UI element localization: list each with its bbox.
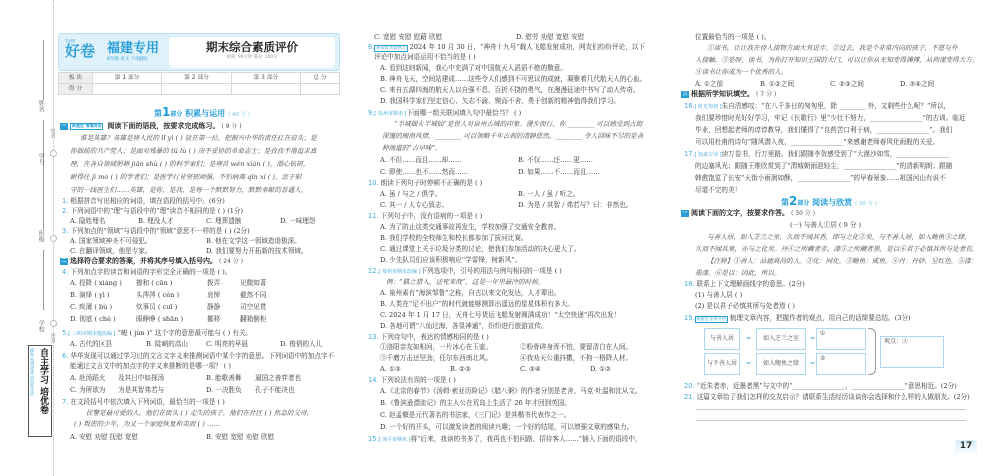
binding-margin: 姓名 学号 班级 学校 密封 密封 自主学习 培优卷 跟踪·检测·提高·阶段性评… [0,0,58,476]
question-text: 根据拼音写出相应的词语，填在语段的括号中。(6分) [70,197,224,205]
score-table-header-row: 板 块 第 1 部分 第 2 部分 第 3 部分 总 分 [59,73,340,84]
series-title: 自主学习 培优卷 [35,348,49,434]
source-tag: [ 泉州市期末改编 ] [379,269,421,275]
part1-title: 第1部分 积累与运用 ( 40 分 ) [62,103,342,122]
option-a-word3: 拨弄 [207,278,220,288]
question-text-cont: 能通过文言文中的加点字的字义来推断的是哪一项？ ( ) [70,361,231,371]
option-b-word3: 哀悼 [207,290,220,300]
score-cell: 板 块 [59,73,93,84]
question-number: 14. [368,376,379,384]
option-c: C. 在翻译领域，他是专家。 [70,246,152,256]
option-a: A. 泉州素有“海滨邹鲁”之称，自古以来文化发达，人才辈出。 [380,288,561,298]
exam-title-card: 期末综合素质评价 时间: 90分钟 满分: 100分 [169,37,335,68]
question-number: 11. [368,212,379,220]
option-a: A. 为了防止这类交通事故再发生，学校加强了交通安全教育。 [380,222,560,232]
passage-line: 谁是英雄？英雄是将人民的 lǐ yì ( ) 放在第一位，把振兴中华的责任扛在肩… [80,133,317,143]
equals-icon: = [746,359,751,368]
question-number: 15. [368,435,379,443]
question-number: 20. [684,382,695,390]
option-b: B. 埋没人才 [138,216,173,226]
option-d: D. 慰劳 劝慰 宽慰 安慰 [516,32,584,42]
option-b: B.《鲁滨逊漂流记》的主人公在荒岛上生活了 26 年才回到英国。 [380,398,571,408]
option-c: C. 2024 年 1 月 17 日，天舟七号货运飞船发射圆满成功！“太空快递”… [380,310,620,320]
question-number: 19. [684,314,695,322]
question-2: 2. 下列词语中的“理”与语段中的“理”读音不相同的是 ( ) (1分) [62,206,243,216]
answer-box-1[interactable]: ① [816,328,866,350]
example-sentence: 例：“猫之猎入，送死来哉”，这是一年里最冷的时候。 [386,277,544,287]
equals-icon: = [810,334,815,343]
equals-icon: = [746,334,751,343]
section4-heading: 一 阅读下面的文字，按要求作答。 ( 30 分 ) [681,208,815,219]
question-text: 下列选项中，引号的用法与例句相同的一项是 ( ) [421,267,562,275]
question-text: 在文段括号中依次填入下列词语，最恰当的一项是 ( ) [70,398,224,406]
part-suffix: 部分 [797,200,809,207]
question-16: 16.[ 时光匆匆 ]朱自清感叹：“在八千多日的匆匆里，除 ________ 外… [684,101,950,112]
option-a-word2: 掺和 ( cān ) [136,278,173,288]
question-text: 朗读下列句子时停顿不正确的是 ( ) [381,179,483,187]
poem-line: ③千磨万击还坚劲，任尔东西南北风。 [380,353,492,363]
cut-mark: 密封 [48,128,56,138]
question-17: 17.[ 知来古诗 ]读万卷书，行万里路。我们跟随李贺感受到了“大漠沙如雪，__… [684,149,949,160]
option-d-word3: 挪移 [207,314,220,324]
passage-line: 民警是最可爱的人，他们在街头 ( ) 走失的孩子，他们在社区 ( ) 焦急的父母… [86,408,313,418]
question-text: 读万卷书，行万里路。我们跟随李贺感受到了“大漠沙如雪，_____________… [722,150,950,158]
option-d: D. 少先队员们应该积极响应“学雷锋，树新风”。 [380,255,521,265]
section-points: ( 7 分 ) [756,90,776,99]
score-input-cell[interactable] [162,84,231,95]
score-input-cell[interactable] [93,84,162,95]
option-b: B. ②③ [450,364,471,374]
question-13: 13. 下列诗句中，表达的情感相同的是 ( ) [368,332,489,342]
option-c: C. 宽慰 安慰 慰藉 欣慰 [374,32,442,42]
question-4: 4. 下列加点字的读音和词语的字形完全正确的一项是 ( )。 [62,267,231,277]
option-d: D. 我们要努力开拓新的技术领域。 [206,246,308,256]
sub-question: (1) 与善人居 ( ) [695,290,742,300]
question-number: 1. [62,197,68,205]
question-number: 6. [62,352,68,360]
question-20: 20. “近朱者赤，近墨者黑”与文中的“________________，___… [684,381,957,391]
series-brand-tag: 自主学习 培优卷 跟踪·检测·提高·阶段性评价 [28,345,52,437]
question-3: 3. 下列加点的“领域”与语段中的“领域”意思不一样的是 ( ) (2分) [62,226,250,236]
source-tag: [ 时光匆匆 ] [695,104,722,110]
part-name: 积累与运用 [185,109,225,118]
option-a-word: A. 赴汤蹈火 [70,373,105,383]
question-text: 下列说法有误的一项是 ( ) [381,376,456,384]
section-title: 根据所学知识填空。 [691,89,754,100]
question-number: 16. [684,102,695,110]
passage-line: 与善人居，如入芝兰之室，久而不闻其香，即与之化②矣。与不善人居，如入鲍鱼③之肆， [707,232,971,242]
question-number: 4. [62,268,68,276]
part-name: 阅读与欣赏 [812,198,852,207]
option-b: B. 不仅……还……更…… [518,155,593,165]
option-c: C. ②③之间 [830,79,864,89]
section-points: ( 9 分 ) [221,122,241,131]
sub-question: (2) 是以君子必慎其所与处者焉 ( ) [695,301,795,311]
question-number: 17. [684,150,695,158]
exam-title: 期末综合素质评价 [169,41,335,55]
section1-heading: 一 新题型 情境阅读 阅读下面的语段，按要求完成练习。 ( 9 分 ) [60,121,242,132]
mindmap-node: 与善人居 [704,328,740,350]
option-b: B. 人类在“足不出户”的时代就能够测算出遥远的星星体积有多大。 [380,299,574,309]
option-a-word1: A. 投降 ( xiáng ) [70,278,122,288]
option-c: C. ③④ [520,364,541,374]
section-number-icon: 一 [681,210,689,217]
option-a-source: 及其日中如探汤 [118,373,164,383]
question-5: 5.[ 三明市期末题改编 ] “峻 ( jùn )” 这个字的意思最可能与 ( … [62,328,252,339]
question-text: 下列句子中，没有语病的一项是 ( ) [381,212,483,220]
answer-box-2[interactable]: ② [816,353,866,375]
section-number-icon: 三 [681,91,689,98]
binding-hole-icon [50,150,57,157]
poem-line: ①洛阳亲友如相问，一片冰心在玉壶。 [380,342,492,352]
option-a: A. 不但……而且……却…… [380,155,462,165]
question-text: 这篇文章给了我们怎样的交友启示？请联系生活经历谈谈你会选择和什么样的人做朋友。(… [697,393,970,401]
passage-line: ④读书让你成为一个优秀的人。 [695,67,787,77]
section-number-icon: 一 [60,123,68,130]
option-b-word4: 截然不同 [240,290,266,300]
option-a: A. ①之前 [695,79,723,89]
option-b: B. 神舟飞天，空间站建成……这些令人们感到不可思议的成就，凝聚着几代航天人的心… [380,74,646,84]
part-points: ( 30 分 ) [855,201,877,207]
equals-icon: = [810,359,815,368]
option-b-word1: B. 演绎 ( yì ) [70,290,110,300]
option-c: C. 埋葬遗骸 [206,216,241,226]
question-10: 10. 朗读下列句子时停顿不正确的是 ( ) [368,178,482,188]
option-d-source: 孔子不能决也 [255,385,295,395]
option-b: B. 一人 / 虽 / 听之。 [518,189,579,199]
question-1: 1. 根据拼音写出相应的词语，填在语段的括号中。(6分) [62,196,225,206]
passage-line: 久而不闻其臭，亦与之化矣。丹④之所藏者赤，漆⑤之所藏者黑，是以⑥君子必慎其所与处… [695,244,979,254]
section3-heading: 三 根据所学知识填空。 ( 7 分 ) [681,89,776,100]
option-a: A. 安慰 劝慰 抚慰 宽慰 [70,432,138,442]
class-underline [43,180,44,230]
option-b: B. 我们学校的全校师生和校长都参加了拔河比赛。 [380,233,528,243]
question-6: 6. 华华发现可以通过学习过的文言文字义来推测词语中某个字的意思。下列词语中的加… [62,351,334,361]
margin-label-id: 学号 [36,153,45,165]
question-text: 下列加点的“领域”与语段中的“领域”意思不一样的是 ( ) (2分) [70,227,249,235]
poem-line: ②粉骨碎身浑不怕，要留清白在人间。 [520,342,632,352]
question-text: 下列加点字的读音和词语的字形完全正确的一项是 ( )。 [70,268,231,276]
option-d-word: D. 一决胜负 [206,385,242,395]
question-number: 10. [368,179,379,187]
passage-line: “半城烟火半城仙”是世人对泉州古城的印象。漫步而行，你 ________ 可以感… [394,119,642,129]
option-c: C. 通过课堂上关于垃圾分类的讨论，使我们参加活动的决心更大了。 [380,244,580,254]
question-12: 12.[ 泉州市期末改编 ]下列选项中，引号的用法与例句相同的一项是 ( ) [368,266,562,277]
mindmap-node: 与不善人居 [704,353,740,375]
option-a: A. 隐姓埋名 [70,216,105,226]
id-underline [43,120,44,180]
section-title: 阅读下面的文字，按要求作答。 [691,208,789,219]
passage-line: 守的一线医生们……英雄，是你，是我，是每一个默默努力，默默奉献的普通人。 [70,185,307,195]
passage-line: 人接触。③是呀，读书，为你打开知识王国的大门，可以让你从无知变得渊博，从拘谨变得… [695,55,979,65]
option-c: C. 赵孟頫是元代著名的书法家，《三门记》是其楷书代表作之一。 [380,410,570,420]
question-type-tag: 新题型 思维导图 [695,316,728,323]
question-text: “近朱者赤，近墨者黑”与文中的“________________，_______… [697,382,957,390]
question-number: 12. [368,267,379,275]
question-text: 梳理文章内容，把握作者的观点，用自己的话简要总结。(3分) [730,314,911,322]
question-19: 19.新题型 思维导图梳理文章内容，把握作者的观点，用自己的话简要总结。(3分) [684,313,911,323]
question-9: 9.[ 泉州市期末 ]下面哪一组关联词填入句中最恰当？ ( ) [368,108,521,119]
option-c: C. 明亮的早晨 [206,339,248,349]
option-a: A. 国家领域神圣不可侵犯。 [70,236,152,246]
passage-line: 理，在各自领域躬耕 jiān shù ( ) 的科学家们；是埋首 wén xià… [70,159,309,169]
mindmap-node: 如入芝兰之室 [756,328,806,350]
question-11: 11. 下列句子中，没有语病的一项是 ( ) [368,211,482,221]
margin-label-school: 学校 [36,320,45,332]
margin-label-class: 班级 [36,230,45,242]
reading-title: (一) 与善人①居 ( 9 分 ) [790,220,861,230]
option-d-word1: D. 彻底 ( chè ) [70,314,116,324]
section-number-icon: 二 [60,258,68,265]
question-text: 联系上下文理解画线字的意思。(2分) [697,280,805,288]
question-text: “峻 ( jùn )” 这个字的意思最可能与 ( ) 有关。 [118,329,253,337]
passage-line: 耐得住 jì mò ( ) 的学者们；是医学行业坚韧顽强，不怕病毒 qīn xí… [70,172,301,182]
option-c-source: 为是其智弗若与 [118,385,164,395]
brand-subtitle: 6年级 语文 下(RJ版) [107,57,148,64]
option-b-source: 逼国之善弈者也 [255,373,301,383]
option-c-word2: 炊事员 ( cuī ) [136,302,177,312]
option-b: B. 他在文学这一领域造诣极深。 [206,236,301,246]
mindmap-node: 如入鲍鱼之肆 [756,353,806,375]
question-8: 8.新情境 时政热点2024 年 10 月 30 日，“神舟十九号”载人飞船发射… [368,42,645,52]
part-points: ( 40 分 ) [228,112,250,118]
question-number: 13. [368,333,379,341]
fill-blank-line: 可以用杜甫的诗句“随风潜入夜，________________”来感谢老师春风化… [695,137,939,147]
source-tag: [ 三明市期末题改编 ] [68,331,115,337]
option-a: A. ①③ [380,364,401,374]
option-d-word2: 眼睁睁 ( shān ) [136,314,183,324]
question-text-cont: 评论中加点词语运用不恰当的是 ( ) [374,52,476,62]
score-cell: 第 3 部分 [231,73,300,84]
section-points: ( 24 分 ) [219,257,243,266]
source-tag: [ 知来古诗 ] [695,152,722,158]
option-b: B. 陡峭的高山 [146,339,188,349]
source-tag: [ 泉州市期末 ] [374,111,406,117]
logo-big-text: 好卷 [65,44,101,59]
publisher-logo: 学而思 好卷 [65,39,101,65]
option-c-word4: 司空见贯 [240,302,266,312]
question-text: 下列词语中的“理”与语段中的“理”读音不相同的是 ( ) (1分) [70,207,243,215]
option-b-word2: 头涔涔 ( cén ) [136,290,179,300]
notes-line: 墨漆。⑥是以：因此，所以。 [695,268,781,278]
option-d: D. 一味埋怨 [280,216,316,226]
question-text: 下面哪一组关联词填入句中最恰当？ ( ) [406,109,521,117]
option-d: D. 我国科学家们坚定信心、矢志不渝、锲而不舍、勇于创新的精神值得我们学习。 [380,96,620,106]
question-7: 7. 在文段括号中依次填入下列词语，最恰当的一项是 ( ) [62,397,225,407]
question-text: 2024 年 10 月 30 日，“神舟十九号”载人飞船发射成功，网友们纷纷评论… [410,43,645,51]
score-table-score-row: 得 分 [59,84,340,95]
option-c: C. 其一 / 人专心致志。 [380,200,448,210]
question-text: 华华发现可以通过学习过的文言文字义来推测词语中某个字的意思。下列词语中的加点字不 [70,352,334,360]
option-d-word4: 翻箱倒柜 [240,314,266,324]
score-table: 板 块 第 1 部分 第 2 部分 第 3 部分 总 分 得 分 [58,72,340,95]
option-c-word1: C. 疾薄 ( bù ) [70,302,112,312]
score-input-cell[interactable] [301,84,340,95]
question-15: 15.[ 漳平市期末 ]将“后来，我读的书多了，我再也不怕问路、招待客人……”插… [368,434,642,445]
binding-hole-icon [50,320,57,327]
fill-blank-line: 我们要珍惜时光好好学习，牢记《长歌行》里“少壮不努力，_____________… [695,113,966,123]
part-suffix: 部分 [170,111,182,118]
fill-blank-line: 的边塞风光；跟随王维欣赏到了“渭城朝雨浥轻尘，________________”… [695,161,952,171]
option-c-word3: 静静 [207,302,220,312]
question-text: 朱自清感叹：“在八千多日的匆匆里，除 ________ 外，又剩些什么呢？”所以… [722,102,951,110]
score-cell: 第 1 部分 [93,73,162,84]
binding-hole-icon [50,235,57,242]
score-cell: 总 分 [301,73,340,84]
option-b: B. 安慰 宽慰 劝慰 欣慰 [206,432,274,442]
section-title: 阅读下面的语段，按要求完成练习。 [107,121,219,132]
question-number: 18. [684,280,695,288]
option-a: A. 虽 / 与之 / 俱学。 [380,189,441,199]
option-d: D. ①② [590,364,611,374]
option-b-word: B. 能歌善舞 [206,373,241,383]
part-prefix: 第 [781,198,789,207]
question-number: 7. [62,398,68,406]
option-c: C. 来自五湖四海的航天人以自强不息、百折不挠的勇气，在漫漫征途中书写了动人传奇… [380,85,640,95]
option-a-word4: 见微知著 [240,278,266,288]
passage-line: 深邃的闽南风情，________ 可以领略千年古刹的清静悠然，________ … [382,131,643,141]
question-21: 21. 这篇文章给了我们怎样的交友启示？请联系生活经历谈谈你会选择和什么样的人做… [684,392,970,402]
section-title: 选择符合要求的答案，并将其序号填入括号内。 [70,256,217,267]
passage-line: ①读书，让让我在待人接物方面大有进步。②过去，我是个非常内向的孩子，不愿与外 [707,43,958,53]
answer-line[interactable] [696,409,966,410]
name-underline [43,40,44,100]
exam-header: 学而思 好卷 福建专用 6年级 语文 下(RJ版) 期末综合素质评价 时间: 9… [58,33,340,71]
answer-line[interactable] [696,420,966,421]
school-underline [43,250,44,310]
passage-line: 你拙摇的共产党人；是面对残暴的 tǔ lù ( ) 决不妥协的革命志士；是孜孜不… [70,146,316,156]
question-14: 14. 下列说法有误的一项是 ( ) [368,375,456,385]
question-number: 21. [684,393,695,401]
option-c-word: C. 为所欲为 [70,385,105,395]
option-b: B. ①②之间 [760,79,794,89]
passage-line: ( ) 叛逆的少年，为又一个家庭恢复和美而 ( ) …… [74,419,220,429]
margin-label-name: 姓名 [36,100,45,112]
page-number: 17 [955,440,977,456]
section-points: ( 30 分 ) [791,209,815,218]
poem-line: ④我劝天公重抖擞，不拘一格降人材。 [520,353,632,363]
option-d: D. 一个好的开头，可以激发读者的阅读兴趣；一个好的结尾，可以增强文章的感染力。 [380,422,633,432]
notes-line: 【注释】①善人：品德高尚的人。②化：同化。③鲍鱼：咸鱼。④丹：丹砂，呈红色。⑤漆… [707,256,977,266]
score-input-cell[interactable] [231,84,300,95]
question-number: 3. [62,227,68,235]
option-a: A. 古代的区县 [70,339,112,349]
source-tag: [ 漳平市期末 ] [379,437,411,443]
option-d: D. 俊俏的人儿 [280,339,322,349]
score-cell: 得 分 [59,84,93,95]
question-18: 18. 联系上下文理解画线字的意思。(2分) [684,279,805,289]
cut-mark: 密封 [48,333,56,343]
passage-line: 种地道的“古早味”。 [382,143,442,153]
question-text-cont: 位置最恰当的一项是 ( )。 [695,32,770,42]
question-number: 2. [62,207,68,215]
option-c: C. 即使……也不……然而…… [380,167,468,177]
fill-blank-line: 毕业，回想起老师的谆谆教导，我们懂得了“良药苦口利于病，____________… [695,125,952,135]
answer-box-3[interactable]: 观点：③ [880,336,944,368]
score-cell: 第 2 部分 [162,73,231,84]
brace-icon [868,328,876,375]
exam-meta: 时间: 90分钟 满分: 100分 [169,55,335,62]
question-text: 将“后来，我读的书多了，我再也不怕问路、招待客人……”插入下面的语段中， [411,435,642,443]
option-d: D. 如果……不……而且…… [518,167,600,177]
section2-heading: 二 选择符合要求的答案，并将其序号填入括号内。 ( 24 分 ) [60,256,243,267]
question-type-tag: 新情境 时政热点 [374,45,407,52]
question-text: 下列诗句中，表达的情感相同的是 ( ) [381,333,489,341]
option-a: A.《北京的春节》《汤姆·索亚历险记》《腊八粥》的作者分别是老舍、马克·吐温和沈… [380,386,642,396]
question-type-tag: 新题型 情境阅读 [70,123,103,130]
option-d: D. ③④之间 [900,79,934,89]
option-d: D. 为是 / 其智 / 弗若与？曰：非然也。 [518,200,632,210]
option-d: D. 各地可谓“八仙过海，各显神通”，纷纷进行旅游宣传。 [380,321,548,331]
option-a: A. 看到这则新闻，我心中充满了对中国航天人滔滔不绝的敬意。 [380,63,567,73]
fill-blank-line: 韩愈饱览了长安“天街小雨润如酥，________________”的早春景象……… [695,173,946,183]
part-prefix: 第 [154,109,162,118]
